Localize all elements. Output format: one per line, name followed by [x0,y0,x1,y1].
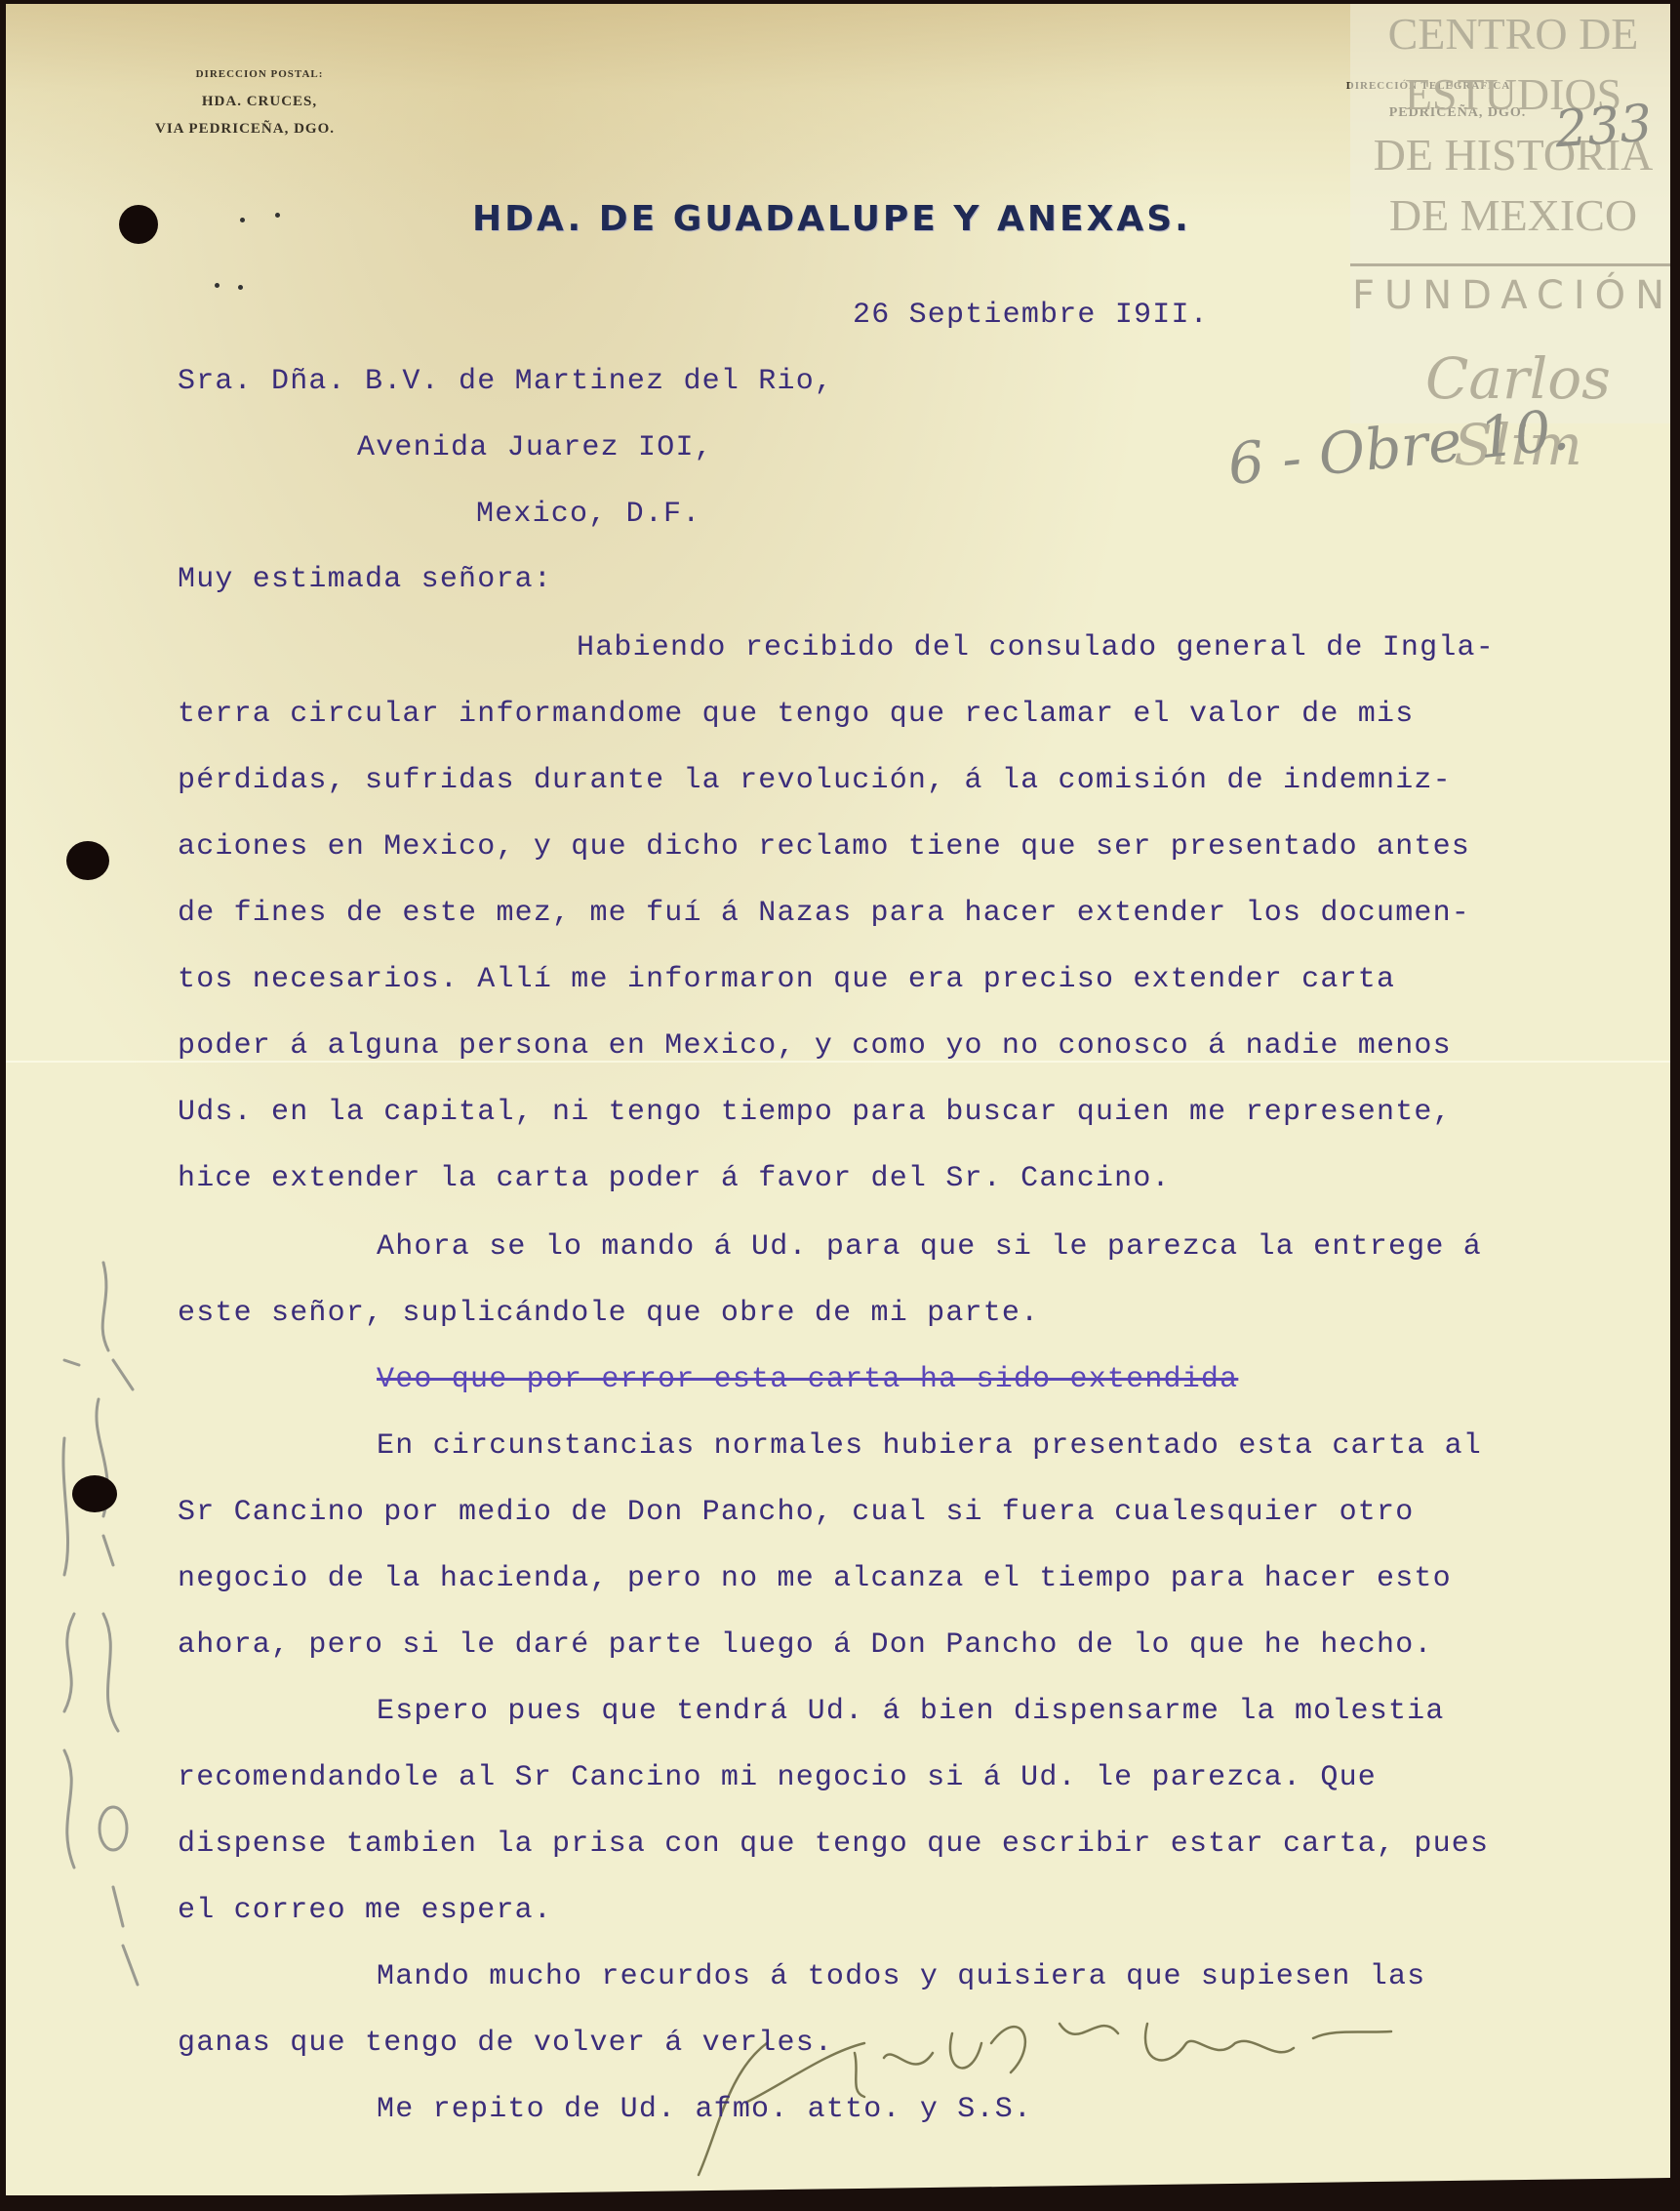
punch-hole-top [119,205,158,244]
body-line: Habiendo recibido del consulado general … [577,631,1495,664]
recipient-name: Sra. Dña. B.V. de Martinez del Rio, [178,365,833,398]
body-line: recomendandole al Sr Cancino mi negocio … [178,1761,1377,1794]
body-line: ganas que tengo de volver á verles. [178,2027,833,2060]
body-line: En circunstancias normales hubiera prese… [377,1429,1482,1463]
body-line: tos necesarios. Allí me informaron que e… [178,963,1395,996]
body-line: terra circular informandome que tengo qu… [178,698,1414,731]
punch-hole-bottom [72,1475,117,1512]
body-line: Uds. en la capital, ni tengo tiempo para… [178,1096,1452,1129]
body-line: este señor, suplicándole que obre de mi … [178,1297,1039,1330]
postal-address-line2: VIA PEDRICEÑA, DGO. [123,121,367,138]
folio-number: 233 [1553,95,1654,160]
letter-page: DIRECCION POSTAL: HDA. CRUCES, VIA PEDRI… [6,4,1670,2195]
body-line: dispense tambien la prisa con que tengo … [178,1828,1489,1861]
letterhead-title: HDA. DE GUADALUPE Y ANEXAS. [472,199,1191,239]
body-line: ahora, pero si le daré parte luego á Don… [178,1628,1433,1662]
watermark-line-1: CENTRO DE [1350,4,1676,64]
body-line: de fines de este mez, me fuí á Nazas par… [178,897,1470,930]
letter-date: 26 Septiembre I9II. [853,299,1209,332]
body-line: negocio de la hacienda, pero no me alcan… [178,1562,1452,1595]
recipient-city: Mexico, D.F. [476,498,700,531]
body-line: el correo me espera. [178,1894,552,1927]
body-line: Mando mucho recurdos á todos y quisiera … [377,1960,1425,1993]
archive-watermark: CENTRO DE ESTUDIOS DE HISTORIA DE MEXICO… [1350,4,1676,423]
salutation: Muy estimada señora: [178,563,552,596]
paper-speck [215,283,220,288]
watermark-line-4: DE MEXICO [1350,185,1676,246]
paper-speck [240,218,245,222]
body-line: poder á alguna persona en Mexico, y como… [178,1029,1452,1063]
punch-hole-middle [66,841,109,880]
body-line: Sr Cancino por medio de Don Pancho, cual… [178,1496,1414,1529]
body-line: Espero pues que tendrá Ud. á bien dispen… [377,1695,1445,1728]
paper-speck [275,213,280,218]
margin-pencil-notes [25,1243,142,2092]
body-line: hice extender la carta poder á favor del… [178,1162,1171,1195]
watermark-divider [1350,263,1676,266]
body-line: aciones en Mexico, y que dicho reclamo t… [178,830,1470,864]
watermark-foundation: FUNDACIÓN [1350,273,1676,318]
postal-address-line1: HDA. CRUCES, [152,94,367,110]
body-line: Ahora se lo mando á Ud. para que si le p… [377,1230,1482,1264]
paper-speck [238,285,243,290]
body-line: pérdidas, sufridas durante la revolución… [178,764,1452,797]
struck-through-line: Veo que por error esta carta ha sido ext… [377,1363,1238,1396]
letter-closing: Me repito de Ud. afmo. atto. y S.S. [377,2093,1032,2126]
recipient-street: Avenida Juarez IOI, [357,431,713,464]
postal-address-label: DIRECCION POSTAL: [152,68,367,80]
